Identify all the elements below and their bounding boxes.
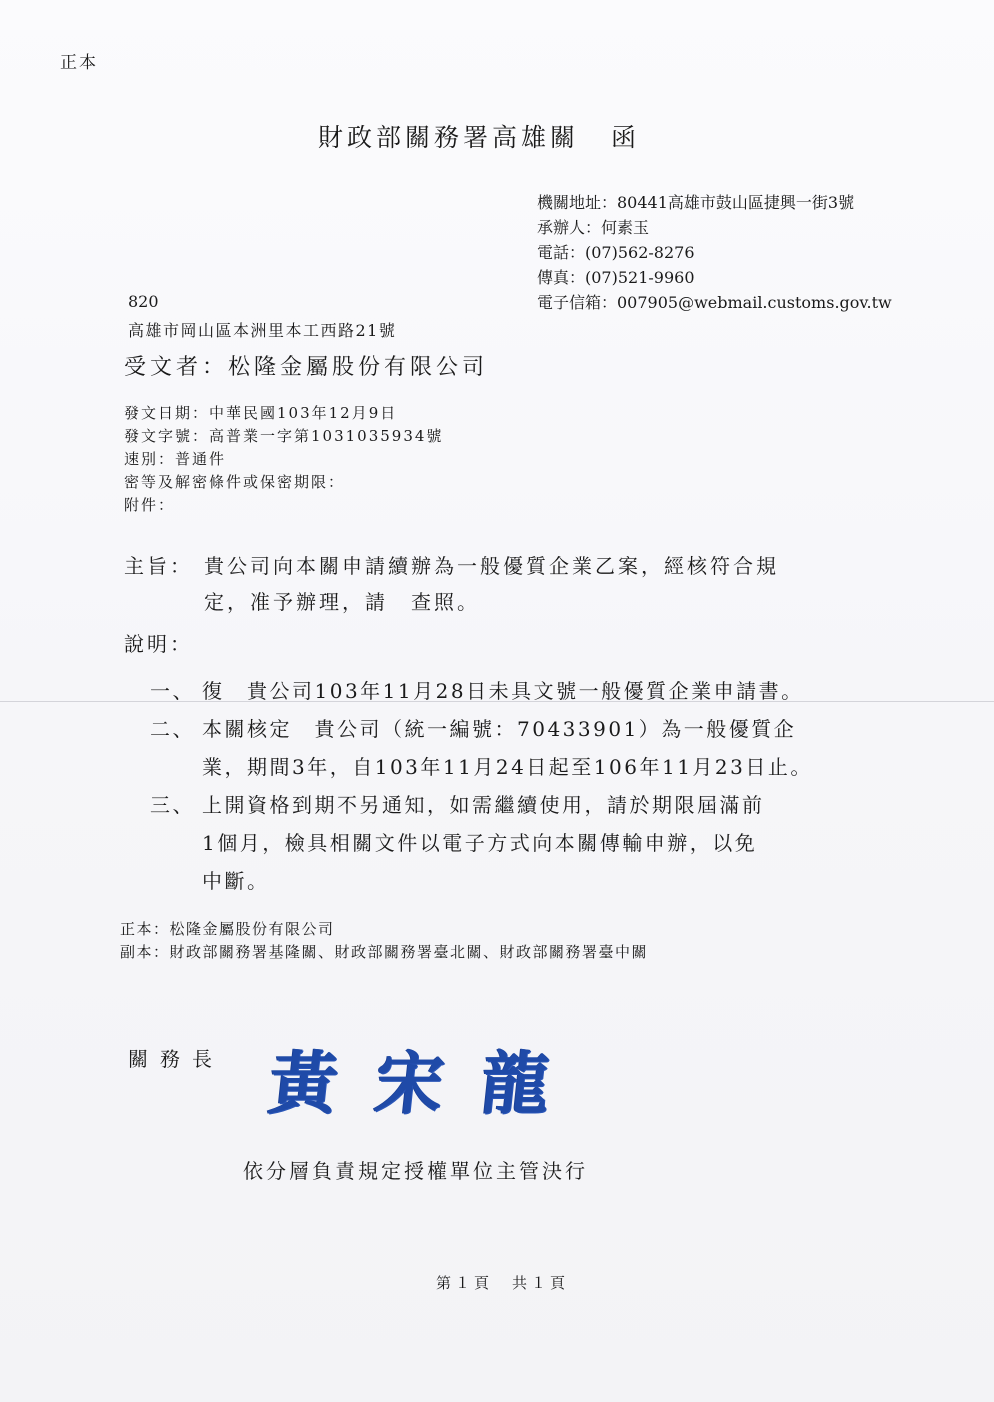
item-text: 本關核定 貴公司（統一編號：70433901）為一般優質企 (202, 717, 796, 741)
document-page: 正本 財政部關務署高雄關函 機關地址：80441高雄市鼓山區捷興一街3號 承辦人… (0, 0, 994, 1402)
subject-line-2: 定，准予辦理，請 查照。 (124, 584, 779, 620)
issue-date: 發文日期：中華民國103年12月9日 (124, 402, 443, 425)
explanation-items: 一、復 貴公司103年11月28日未具文號一般優質企業申請書。 二、本關核定 貴… (150, 672, 813, 900)
agency-address: 機關地址：80441高雄市鼓山區捷興一街3號 (537, 190, 892, 215)
page-number: 第１頁 共１頁 (436, 1272, 569, 1293)
recipient-zip: 820 (128, 292, 159, 311)
item-number: 一、 (150, 672, 202, 710)
item-number: 二、 (150, 710, 202, 748)
email: 電子信箱：007905@webmail.customs.gov.tw (537, 290, 892, 315)
item-text: 上開資格到期不另通知，如需繼續使用，請於期限屆滿前 (202, 793, 765, 817)
phone: 電話：(07)562-8276 (537, 240, 892, 265)
subject-label: 主旨： (124, 548, 204, 584)
explanation-item-1: 一、復 貴公司103年11月28日未具文號一般優質企業申請書。 (150, 672, 813, 710)
document-meta: 發文日期：中華民國103年12月9日 發文字號：高普業一字第1031035934… (124, 402, 443, 517)
original-copy-to: 正本：松隆金屬股份有限公司 (120, 918, 648, 941)
document-type: 函 (611, 123, 640, 152)
agency-name: 財政部關務署高雄關 (318, 123, 579, 152)
item-text-continued: 中斷。 (150, 862, 813, 900)
copies-block: 正本：松隆金屬股份有限公司 副本：財政部關務署基隆關、財政部關務署臺北關、財政部… (120, 918, 648, 964)
handler: 承辦人：何素玉 (537, 215, 892, 240)
fax: 傳真：(07)521-9960 (537, 265, 892, 290)
recipient-address: 高雄市岡山區本洲里本工西路21號 (128, 318, 396, 341)
explanation-label: 說明： (124, 628, 193, 657)
document-title: 財政部關務署高雄關函 (318, 118, 640, 154)
delivery-speed: 速別：普通件 (124, 448, 443, 471)
subject-section: 主旨：貴公司向本關申請續辦為一般優質企業乙案，經核符合規 定，准予辦理，請 查照… (124, 548, 779, 620)
attachments: 附件： (124, 494, 443, 517)
signer-title: 關務長 (128, 1043, 224, 1072)
contact-block: 機關地址：80441高雄市鼓山區捷興一街3號 承辦人：何素玉 電話：(07)56… (537, 190, 892, 315)
subject-line-1: 貴公司向本關申請續辦為一般優質企業乙案，經核符合規 (204, 554, 779, 578)
item-text-continued: 1個月，檢具相關文件以電子方式向本關傳輸申辦，以免 (150, 824, 813, 862)
signature-stamp: 黃宋龍 (265, 1030, 593, 1127)
secrecy-level: 密等及解密條件或保密期限： (124, 471, 443, 494)
item-number: 三、 (150, 786, 202, 824)
item-text: 復 貴公司103年11月28日未具文號一般優質企業申請書。 (202, 679, 804, 703)
doc-number: 發文字號：高普業一字第1031035934號 (124, 425, 443, 448)
explanation-item-3: 三、上開資格到期不另通知，如需繼續使用，請於期限屆滿前 (150, 786, 813, 824)
explanation-item-2: 二、本關核定 貴公司（統一編號：70433901）為一般優質企 (150, 710, 813, 748)
delegation-note: 依分層負責規定授權單位主管決行 (243, 1155, 588, 1184)
copy-mark: 正本 (60, 48, 98, 73)
duplicate-copy-to: 副本：財政部關務署基隆關、財政部關務署臺北關、財政部關務署臺中關 (120, 941, 648, 964)
item-text-continued: 業，期間3年，自103年11月24日起至106年11月23日止。 (150, 748, 813, 786)
recipient: 受文者：松隆金屬股份有限公司 (124, 350, 488, 381)
